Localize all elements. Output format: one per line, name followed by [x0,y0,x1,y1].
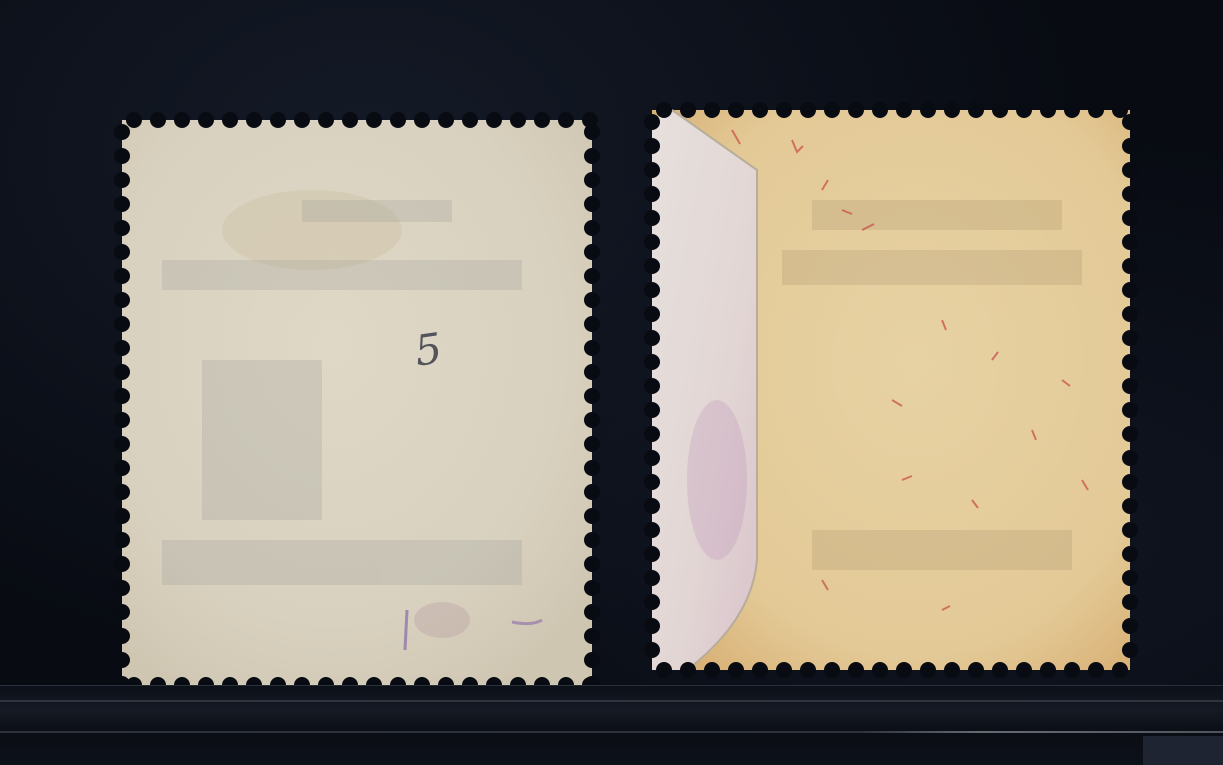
stamp-left-shape [112,110,602,695]
strip-shine [1143,736,1223,765]
strip-edge-line [0,731,1223,733]
stamp-right [642,100,1140,680]
stamp-right-shape [642,100,1140,680]
stamp-left [112,110,602,695]
strip-edge-line [0,700,1223,702]
stock-page-strip [0,685,1223,765]
